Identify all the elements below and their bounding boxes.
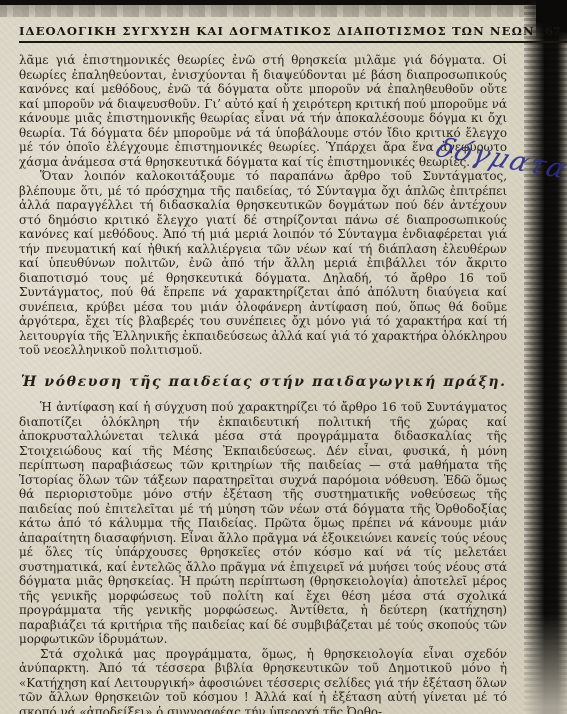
paragraph: Ἡ ἀντίφαση καί ἡ σύγχυση πού χαρακτηρίζε… — [19, 400, 507, 647]
page-number: 67 — [545, 24, 561, 38]
page-content: ΙΔΕΟΛΟΓΙΚΗ ΣΥΓΧΥΣΗ ΚΑΙ ΔΟΓΜΑΤΙΚΟΣ ΔΙΑΠΟΤ… — [19, 14, 507, 714]
paragraph: Ὅταν λοιπόν καλοκοιτάξουμε τό παραπάνω ἄ… — [19, 169, 507, 358]
body-text: λᾶμε γιά ἐπιστημονικές θεωρίες ἐνῶ στή θ… — [19, 53, 507, 714]
running-header-title: ΙΔΕΟΛΟΓΙΚΗ ΣΥΓΧΥΣΗ ΚΑΙ ΔΟΓΜΑΤΙΚΟΣ ΔΙΑΠΟΤ… — [19, 24, 535, 38]
paragraph: λᾶμε γιά ἐπιστημονικές θεωρίες ἐνῶ στή θ… — [19, 53, 507, 169]
paragraph: Στά σχολικά μας προγράμματα, ὅμως, ἡ θρη… — [19, 647, 507, 714]
running-header: ΙΔΕΟΛΟΓΙΚΗ ΣΥΓΧΥΣΗ ΚΑΙ ΔΟΓΜΑΤΙΚΟΣ ΔΙΑΠΟΤ… — [19, 14, 567, 43]
scan-gutter-shadow — [524, 0, 567, 714]
section-heading: Ἡ νόθευση τῆς παιδείας στήν παιδαγωγική … — [21, 375, 507, 390]
